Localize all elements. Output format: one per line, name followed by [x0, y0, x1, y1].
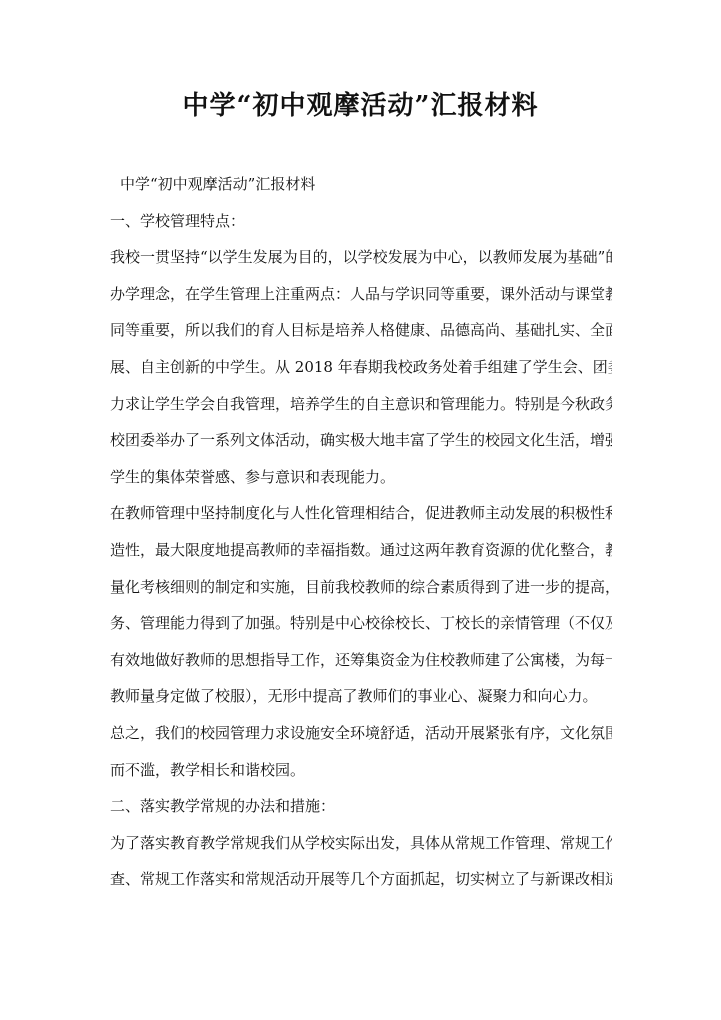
paragraph-line: 查、常规工作落实和常规活动开展等几个方面抓起，切实树立了与新课改相适应	[110, 861, 612, 898]
paragraph-line: 在教师管理中坚持制度化与人性化管理相结合，促进教师主动发展的积极性和创	[110, 495, 612, 532]
document-body: 中学“初中观摩活动”汇报材料 一、学校管理特点： 我校一贯坚持“以学生发展为目的…	[110, 166, 612, 898]
section-heading-1: 一、学校管理特点：	[110, 203, 612, 240]
paragraph-line: 同等重要，所以我们的育人目标是培养人格健康、品德高尚、基础扎实、全面发	[110, 312, 612, 349]
document-page: 中学“初中观摩活动”汇报材料 中学“初中观摩活动”汇报材料 一、学校管理特点： …	[0, 0, 721, 1020]
document-subtitle: 中学“初中观摩活动”汇报材料	[110, 166, 612, 203]
paragraph-line: 校团委举办了一系列文体活动，确实极大地丰富了学生的校园文化生活，增强了	[110, 422, 612, 459]
paragraph-line: 量化考核细则的制定和实施，目前我校教师的综合素质得到了进一步的提高，业	[110, 569, 612, 606]
paragraph-line: 为了落实教育教学常规我们从学校实际出发，具体从常规工作管理、常规工作检	[110, 825, 612, 862]
paragraph-line: 力求让学生学会自我管理，培养学生的自主意识和管理能力。特别是今秋政务处、	[110, 386, 612, 423]
paragraph-line: 学生的集体荣誉感、参与意识和表现能力。	[110, 459, 612, 496]
paragraph-line: 务、管理能力得到了加强。特别是中心校徐校长、丁校长的亲情管理（不仅及时	[110, 605, 612, 642]
section-heading-2: 二、落实教学常规的办法和措施：	[110, 788, 612, 825]
paragraph-line: 教师量身定做了校服），无形中提高了教师们的事业心、凝聚力和向心力。	[110, 678, 612, 715]
paragraph-line: 而不滥，教学相长和谐校园。	[110, 752, 612, 789]
paragraph-line: 办学理念，在学生管理上注重两点：人品与学识同等重要，课外活动与课堂教学	[110, 276, 612, 313]
paragraph-line: 有效地做好教师的思想指导工作，还筹集资金为住校教师建了公寓楼，为每一位	[110, 642, 612, 679]
document-title: 中学“初中观摩活动”汇报材料	[0, 88, 721, 124]
paragraph-line: 造性，最大限度地提高教师的幸福指数。通过这两年教育资源的优化整合，教师	[110, 532, 612, 569]
paragraph-line: 我校一贯坚持“以学生发展为目的，以学校发展为中心，以教师发展为基础”的	[110, 239, 612, 276]
paragraph-line: 展、自主创新的中学生。从 2018 年春期我校政务处着手组建了学生会、团委会，	[110, 349, 612, 386]
paragraph-line: 总之，我们的校园管理力求设施安全环境舒适，活动开展紧张有序，文化氛围浓	[110, 715, 612, 752]
